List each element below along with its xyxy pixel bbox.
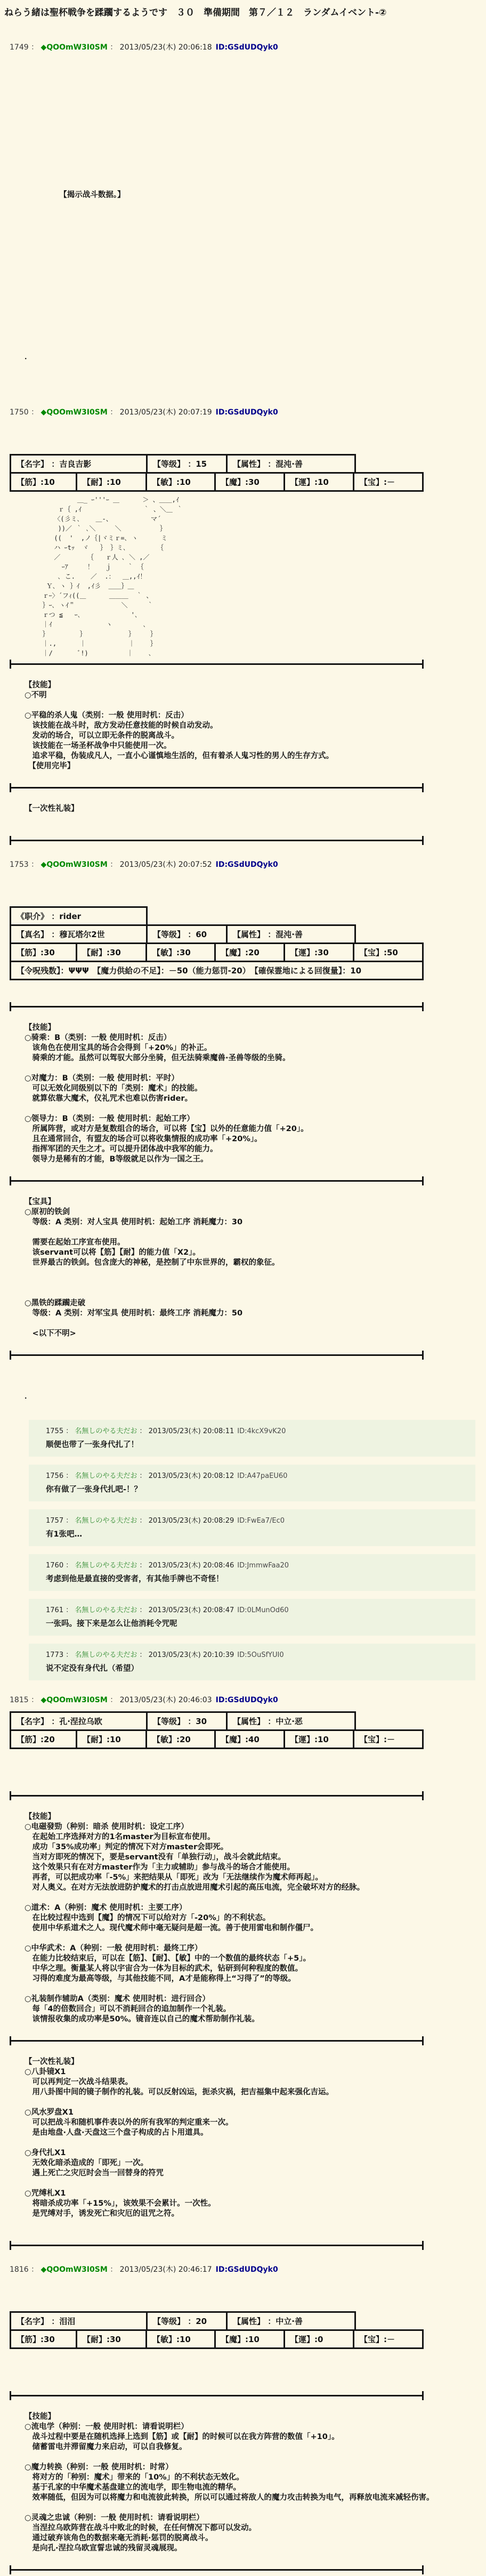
separator-tick [422,1791,424,1800]
body-line: 当涅拉乌欧阵营在战斗中败北的时候，在任何情况下都可以发动。 [0,2523,486,2533]
separator-bar [10,2395,424,2396]
body-line [0,1013,486,1023]
stat-cell: 【属性】 ：中立·恶 [228,1711,356,1731]
stat-cell: 【運】:30 [285,942,354,962]
body-line: ○道术：A（种别：魔术 使用时机：主要工序） [0,1903,486,1913]
body-line [0,1802,486,1812]
separator-line [10,2036,424,2045]
separator-bar [10,1180,424,1182]
poster-id: ID:5OuSfYUI0 [237,1651,283,1659]
body-line [0,342,486,352]
body-line: ○风水罗盘X1 [0,2108,486,2118]
separator: ： [29,860,41,869]
post-date: 2013/05/23(木) 20:07:52 [120,860,212,869]
post-number: 1760 [46,1562,63,1570]
reply-1757: 1757 ： 名無しのやる夫だお ： 2013/05/23(木) 20:08:2… [29,1509,475,1546]
body-line: ○中华武术：A（种别：一般 使用时机：最终工序） [0,1944,486,1954]
poster-id: ID:GSdUDQyk0 [216,43,278,52]
body-line: 当对方即死的情况下，要是servant没有「单独行动」，战斗会就此结束。 [0,1852,486,1863]
body-line [0,200,486,210]
body-line [0,372,486,383]
separator-tick [422,836,424,845]
separator-tick [422,2241,424,2250]
body-line [0,1402,486,1412]
post-date: 2013/05/23(木) 20:46:03 [120,1696,212,1704]
body-line [0,150,486,160]
stat-cell: 《职介》 ：rider [10,906,148,926]
body-line [0,990,486,1001]
body-line: 指挥军团的天生之才。可以提升团体战中我军的能力。 [0,1144,486,1155]
body-line: 是由地盘·人盘·天盘这三个盘子构成的占卜用道具。 [0,2128,486,2138]
body-line: 是咒缚对手，诱发死亡和灾厄的诅咒之符。 [0,2209,486,2219]
separator-line [10,660,424,669]
separator-line [10,836,424,845]
separator-line [10,1002,424,1011]
separator: ： [137,1517,148,1525]
body-line: 是向孔·涅拉乌欧宣誓忠诚的残留灵魂展现。 [0,2544,486,2554]
body-line [0,99,486,109]
body-line: ○对魔力：B（类别：一般 使用时机：平时） [0,1074,486,1084]
post-date: 2013/05/23(木) 20:06:18 [120,43,212,52]
post-header-1755: 1755 ： 名無しのやる夫だお ： 2013/05/23(木) 20:08:1… [46,1425,470,1435]
body-line [0,140,486,150]
body-line [0,59,486,69]
body-line: <以下不明> [0,1329,486,1339]
body-line [0,291,486,302]
body-line: 在比较过程中选到【魔】的情况下可以给对方「-20%」的不利状态。 [0,1913,486,1923]
stat-cell: 【等级】 ：20 [148,2311,228,2331]
body-line [0,119,486,129]
post-number: 1773 [46,1651,63,1659]
stat-table-row: 【真名】 ：穆瓦塔尔2世【等级】 ：60【属性】 ：混沌·善 [10,924,486,944]
body-line: 该角色在使用宝具的场合会得到「+20%」的补正。 [0,1043,486,1053]
body-line [0,2402,486,2412]
body-line: ○原初的铁剑 [0,1207,486,1217]
body-line: 在起始工序选择对方的1名master为目标宣布使用。 [0,1832,486,1842]
body-line: ． [0,1392,486,1402]
poster-name: 名無しのやる夫だお [75,1562,137,1570]
post-header-1757: 1757 ： 名無しのやる夫だお ： 2013/05/23(木) 20:08:2… [46,1515,470,1525]
body-line [0,794,486,804]
body-line [0,129,486,140]
body-line [0,1187,486,1197]
body-line [0,824,486,834]
poster-id: ID:A47paEU60 [237,1472,287,1480]
body-line [0,2349,486,2359]
body-line: 对人奥义。在对方无法放进防护魔术的打击点放进用魔术引起的高压电流，完全破坏对方的… [0,1883,486,1893]
body-line: 遇上死亡之灾厄时会当一回替身的符咒 [0,2168,486,2179]
body-line: 【使用完毕】 [0,761,486,771]
post-date: 2013/05/23(木) 20:08:29 [149,1517,234,1525]
body-line: 且在通常回合，有盟友的场合可以将收集情报的成功率「+20%」。 [0,1134,486,1144]
stat-cell: 【敏】:10 [147,2329,216,2349]
separator-bar [10,1795,424,1797]
body-line: 该技能在一场圣杯战争中只能使用一次。 [0,741,486,751]
stat-cell: 【運】:0 [285,2329,354,2349]
post-date: 2013/05/23(木) 20:08:12 [149,1472,234,1480]
body-line [0,1361,486,1371]
separator: ： [29,408,41,417]
body-line [0,980,486,990]
post-header-1750: 1750 ： ◆QOOmW3I0SM ： 2013/05/23(木) 20:07… [10,407,486,417]
stat-cell: 【真名】 ：穆瓦塔尔2世 [10,924,148,944]
body-line: 这个效果只有在对方master作为「主力或辅助」参与战斗的场合才能使用。 [0,1863,486,1873]
post-header-1773: 1773 ： 名無しのやる夫だお ： 2013/05/23(木) 20:10:3… [46,1649,470,1659]
body-line [0,701,486,711]
post-header-1761: 1761 ： 名無しのやる夫だお ： 2013/05/23(木) 20:08:4… [46,1604,470,1614]
stat-table-row: 【筋】:20【耐】:10【敏】:20【魔】:40【運】:10【宝】:－ [10,1729,486,1749]
separator: ： [63,1517,75,1525]
poster-id: ID:FwEa7/Ec0 [237,1517,285,1525]
body-line [0,1165,486,1175]
post-header-1756: 1756 ： 名無しのやる夫だお ： 2013/05/23(木) 20:08:1… [46,1470,470,1480]
stat-cell: 【敏】:20 [147,1729,216,1749]
separator-line [10,2565,424,2574]
reply-1760: 1760 ： 名無しのやる夫だお ： 2013/05/23(木) 20:08:4… [29,1554,475,1591]
reply-text: 一张吗。接下来是怎么让他消耗令咒呢 [46,1618,470,1629]
stat-cell: 【筋】:30 [10,942,77,962]
body-line [0,2291,486,2301]
separator-line [10,783,424,792]
separator: ： [137,1472,148,1480]
stat-cell: 【属性】 ：混沌·善 [228,454,356,474]
thread-title: ねらう緒は聖杯戦争を蹂躙するようです ３０ 準備期間 第７／１２ ランダムイベン… [0,0,486,18]
post-header-1816: 1816 ： ◆QOOmW3I0SM ： 2013/05/23(木) 20:46… [10,2264,486,2274]
stat-cell: 【名字】 ：孔·涅拉乌欧 [10,1711,148,1731]
body-line [0,281,486,291]
body-line [0,1063,486,1074]
body-line [0,2229,486,2239]
body-line [0,2179,486,2189]
poster-id: ID:GSdUDQyk0 [216,2265,278,2274]
separator: ： [137,1427,148,1435]
body-line: ○平稳的杀人鬼（类别：一般 使用时机：反击） [0,711,486,721]
stat-cell: 【等级】 ：15 [148,454,228,474]
body-line [0,444,486,454]
poster-name: ◆QOOmW3I0SM [41,408,108,417]
reply-text: 说不定没有身代扎（希望） [46,1662,470,1673]
body-line [0,69,486,79]
body-line: 每「4的倍数回合」可以不消耗回合的追加制作一个礼装。 [0,2004,486,2014]
stat-cell: 【宝】:－ [354,472,424,492]
stat-cell: 【耐】:30 [77,942,147,962]
body-line [0,2047,486,2057]
poster-id: ID:4kcX9vK20 [237,1427,286,1435]
body-line: 中华之理。衡量某人将以宇宙合为一体为目标的武术，钻研到何种程度的数值。 [0,1964,486,1974]
stat-cell: 【耐】:10 [77,472,147,492]
body-line: 追求平稳，伪装成凡人，一直小心谨慎地生活的，但有着杀人鬼习性的男人的生存方式。 [0,751,486,761]
body-line [0,1288,486,1298]
body-line: ○咒缚札X1 [0,2189,486,2199]
reply-text: 顺便也带了一张身代扎了！ [46,1439,470,1450]
body-line: 【宝具】 [0,1197,486,1207]
separator-line [10,2241,424,2250]
reply-1756: 1756 ： 名無しのやる夫だお ： 2013/05/23(木) 20:08:1… [29,1465,475,1501]
body-line: 在能力比较结束后，可以在【筋】、【耐】、【敏】中的一个数值的最终状态「+5」。 [0,1954,486,1964]
body-line: 需要在起始工序宣布使用。 [0,1238,486,1248]
body-line [0,1382,486,1392]
post-number: 1753 [10,860,29,869]
post-number: 1761 [46,1606,63,1614]
body-line: 【技能】 [0,1812,486,1822]
body-line: ○八卦镜X1 [0,2067,486,2077]
post-header-1753: 1753 ： ◆QOOmW3I0SM ： 2013/05/23(木) 20:07… [10,859,486,869]
body-line [0,1339,486,1349]
body-line: 【技能】 [0,1023,486,1033]
poster-name: 名無しのやる夫だお [75,1472,137,1480]
body-line [0,170,486,180]
body-line: ○领导力：B（类别：一般 使用时机：起始工序） [0,1114,486,1124]
separator-bar [10,1006,424,1007]
stat-cell: 【運】:10 [285,1729,354,1749]
stat-table-row: 【筋】:30【耐】:30【敏】:10【魔】:10【運】:0【宝】:－ [10,2329,486,2349]
reply-1761: 1761 ： 名無しのやる夫だお ： 2013/05/23(木) 20:08:4… [29,1599,475,1636]
body-line: 该情报收集的成功率是50%。镜音连以自己的魔术帮助制作礼装。 [0,2014,486,2025]
post-header-1749: 1749 ： ◆QOOmW3I0SM ： 2013/05/23(木) 20:06… [10,42,486,52]
body-line [0,2452,486,2463]
body-line: 【技能】 [0,2412,486,2422]
body-line: 该技能在战斗时，敌方发动任意技能的时候自动发动。 [0,721,486,731]
body-line [0,160,486,170]
post-number: 1816 [10,2265,29,2274]
separator-tick [422,2565,424,2574]
post-date: 2013/05/23(木) 20:46:17 [120,2265,212,2274]
body-line [0,1749,486,1759]
body-line [0,383,486,393]
stat-cell: 【敏】:30 [147,942,216,962]
body-line [0,2359,486,2369]
body-line: ． [0,352,486,362]
body-line [0,2379,486,2390]
separator: ： [108,2265,120,2274]
separator: ： [137,1651,148,1659]
body-line [0,1371,486,1382]
body-line [0,2025,486,2035]
separator-line [10,1791,424,1800]
post-header-1815: 1815 ： ◆QOOmW3I0SM ： 2013/05/23(木) 20:46… [10,1694,486,1705]
stat-cell: 【宝】:－ [354,2329,424,2349]
stat-table-row: 【名字】 ：孔·涅拉乌欧【等级】 ：30【属性】 ：中立·恶 [10,1711,486,1731]
separator-bar [10,2040,424,2042]
body-line [0,670,486,680]
post-date: 2013/05/23(木) 20:08:46 [149,1562,234,1570]
poster-id: ID:GSdUDQyk0 [216,408,278,417]
stat-table-row: 【令呪残数】：ΨΨΨ 【魔力供給の不足】：－50（能力惩罚-20） 【確保霊地に… [10,961,486,980]
separator-line [10,2391,424,2400]
body-line [0,2138,486,2148]
poster-name: 名無しのやる夫だお [75,1427,137,1435]
separator: ： [63,1562,75,1570]
body-line [0,362,486,372]
body-line: ○不明 [0,690,486,701]
body-line: 通过破弃该角色的数据来毫无消耗·惩罚的脱离战斗。 [0,2533,486,2544]
body-line [0,2219,486,2229]
separator-tick [422,2036,424,2045]
separator: ： [63,1472,75,1480]
body-line [0,312,486,322]
poster-name: 名無しのやる夫だお [75,1517,137,1525]
separator-tick [422,2391,424,2400]
body-line: 【技能】 [0,680,486,690]
separator-bar [10,840,424,841]
reply-1773: 1773 ： 名無しのやる夫だお ： 2013/05/23(木) 20:10:3… [29,1644,475,1680]
stat-cell: 【等级】 ：30 [148,1711,228,1731]
post-number: 1750 [10,408,29,417]
body-line: 战斗过程中要是在随机选择上选到【筋】或【耐】的时候可以在我方阵营的数值「+10」… [0,2432,486,2442]
separator-line [10,1351,424,1360]
separator: ： [108,860,120,869]
post-date: 2013/05/23(木) 20:07:19 [120,408,212,417]
body-line: ○电磁發勁（种别：暗杀 使用时机：设定工序） [0,1822,486,1832]
reply-text: 你有做了一张身代扎吧-！？ [46,1483,470,1494]
separator: ： [137,1606,148,1614]
stat-cell: 【魔】:20 [216,942,285,962]
body-line [0,302,486,312]
body-line [0,434,486,444]
stat-cell: 【属性】 ：中立·善 [228,2311,356,2331]
stat-cell: 【敏】:10 [147,472,216,492]
body-line: 再者，可以把成功率「-5%」来把结果从「即死」改为「无法继续作为魔术师再起」。 [0,1873,486,1883]
poster-name: ◆QOOmW3I0SM [41,2265,108,2274]
body-line [0,886,486,896]
body-line [0,332,486,342]
body-line [0,2503,486,2513]
poster-id: ID:GSdUDQyk0 [216,860,278,869]
body-line: 发动的场合，可以立即无条件的脱离战斗。 [0,731,486,741]
body-line [0,322,486,332]
poster-name: 名無しのやる夫だお [75,1606,137,1614]
stat-cell: 【魔】:40 [216,1729,285,1749]
body-line: 可以再判定一次战斗结果表。 [0,2077,486,2087]
body-line: 骑乘的才能。虽然可以驾驭大部分坐骑，但无法骑乘魔兽·圣兽等级的坐骑。 [0,1053,486,1063]
body-line [0,1984,486,1994]
separator: ： [108,43,120,52]
body-line: 习得的难度为最高等级，与其他技能不同，A才是能称得上“习得了”的等级。 [0,1974,486,1984]
stat-table-row: 【名字】 ：泪泪【等级】 ：20【属性】 ：中立·善 [10,2311,486,2331]
stat-cell: 【運】:10 [285,472,354,492]
body-line: 领导力是稀有的才能，B等级就足以作为一国之王。 [0,1155,486,1165]
body-line: 使用中华系道术之人。现代魔术师中毫无疑问是超一流。善于使用雷电和制作僵尸。 [0,1923,486,1933]
post-header-1760: 1760 ： 名無しのやる夫だお ： 2013/05/23(木) 20:08:4… [46,1559,470,1570]
poster-name: 名無しのやる夫だお [75,1651,137,1659]
body-line [0,771,486,782]
body-line [0,2554,486,2564]
body-line: 该servant可以将【筋】【耐】的能力值「X2」。 [0,1248,486,1258]
stat-cell: 【名字】 ：吉良吉影 [10,454,148,474]
post-date: 2013/05/23(木) 20:10:39 [149,1651,234,1659]
body-line: 基于孔家的中华魔术基盘建立的流电学，即生物电流的精华。 [0,2483,486,2493]
separator-tick [422,1176,424,1185]
separator: ： [29,43,41,52]
body-line: 【揭示战斗数据。】 [0,190,486,200]
body-line: 世界最古的铁剑。包含庞大的神秘，是控制了中东世界的，霸权的象征。 [0,1258,486,1268]
body-line: 储蓄雷电并滞留魔力来启动，可以自我修复。 [0,2442,486,2452]
body-line [0,1893,486,1903]
body-line [0,814,486,824]
body-line [0,1779,486,1790]
body-line: 将对方的「种别：魔术」带来的「10%」的不利状态无效化。 [0,2473,486,2483]
separator-bar [10,663,424,665]
body-line [0,424,486,434]
post-date: 2013/05/23(木) 20:08:11 [149,1427,234,1435]
ascii-art: ＿_ ｰ'''ｰ ＿ ＞ 、＿＿,ｲ ｒ｛ ,ｲ ｀ 、＼＿ ｀ 〈(彡ミ､ ＿… [31,495,486,658]
stat-table-row: 【筋】:30【耐】:30【敏】:30【魔】:20【運】:30【宝】:50 [10,942,486,962]
body-line [0,1933,486,1944]
body-line [0,1268,486,1278]
body-line: 就算依靠大魔术，仪礼咒术也难以伤害rider。 [0,1094,486,1104]
body-line [0,180,486,190]
body-line: ○流电学（种别：一般 使用时机：请看说明栏） [0,2422,486,2432]
body-line: 【一次性礼装】 [0,2057,486,2067]
body-line [0,79,486,89]
separator: ： [108,1696,120,1704]
body-line [0,251,486,261]
body-line: 可以无效化同级别以下的「类别：魔术」的技能。 [0,1084,486,1094]
poster-id: ID:GSdUDQyk0 [216,1696,278,1704]
stat-cell: 【魔】:10 [216,2329,285,2349]
separator: ： [29,2265,41,2274]
body-line: 可以把战斗和随机事件表以外的所有我军的判定重来一次。 [0,2118,486,2128]
poster-id: ID:0LMunOd60 [237,1606,288,1614]
stat-cell: 【宝】:50 [354,942,424,962]
reply-1755: 1755 ： 名無しのやる夫だお ： 2013/05/23(木) 20:08:1… [29,1420,475,1457]
separator-tick [422,660,424,669]
body-line: 成功「35%成功率」判定的情况下对方master会即死。 [0,1842,486,1852]
post-number: 1757 [46,1517,63,1525]
body-line [0,2281,486,2291]
stat-cell: 【名字】 ：泪泪 [10,2311,148,2331]
body-line: 无效化暗杀造成的「即死」一次。 [0,2158,486,2168]
stat-cell: 【耐】:10 [77,1729,147,1749]
separator: ： [29,1696,41,1704]
stat-cell: 【筋】:20 [10,1729,77,1749]
separator: ： [108,408,120,417]
separator-bar [10,1354,424,1356]
stat-cell: 【等级】 ：60 [148,924,228,944]
body-line: ○灵魂之忠诚（种别：一般 使用时机：请看说明栏） [0,2513,486,2523]
body-line [0,1104,486,1114]
poster-name: ◆QOOmW3I0SM [41,1696,108,1704]
separator-bar [10,787,424,789]
body-line [0,1228,486,1238]
separator: ： [63,1606,75,1614]
reply-text: 考虑到他是最直接的受害者，有其他手牌也不奇怪！ [46,1573,470,1584]
body-line: 将暗杀成功率「+15%」，该效果不会累计。一次性。 [0,2199,486,2209]
stat-table-row: 【筋】:10【耐】:10【敏】:10【魔】:30【運】:10【宝】:－ [10,472,486,492]
reply-text: 有1张吧… [46,1528,470,1539]
poster-id: ID:JmmwFaa20 [237,1562,289,1570]
post-number: 1815 [10,1696,29,1704]
body-line [0,876,486,886]
body-line [0,1759,486,1769]
stat-cell: 【令呪残数】：ΨΨΨ 【魔力供給の不足】：－50（能力惩罚-20） 【確保霊地に… [10,961,424,980]
separator: ： [137,1562,148,1570]
separator-line [10,1176,424,1185]
body-line: ○骑乘：B（类别：一般 使用时机：反击） [0,1033,486,1043]
separator-tick [422,1351,424,1360]
body-line: ○黑铁的蹂躏走破 [0,1298,486,1309]
body-line [0,231,486,241]
stat-table-row: 【名字】 ：吉良吉影【等级】 ：15【属性】 ：混沌·善 [10,454,486,474]
body-line: 所属阵营，或对方是复数组合的场合，可以将【宝】以外的任意能力值「+20」。 [0,1124,486,1134]
stat-cell: 【属性】 ：混沌·善 [228,924,356,944]
separator: ： [63,1427,75,1435]
poster-name: ◆QOOmW3I0SM [41,43,108,52]
body-line [0,2369,486,2379]
separator-bar [10,2569,424,2571]
body-line [0,896,486,906]
body-line: ○礼装制作辅助A（类别：魔术 使用时机：进行回合） [0,1994,486,2004]
